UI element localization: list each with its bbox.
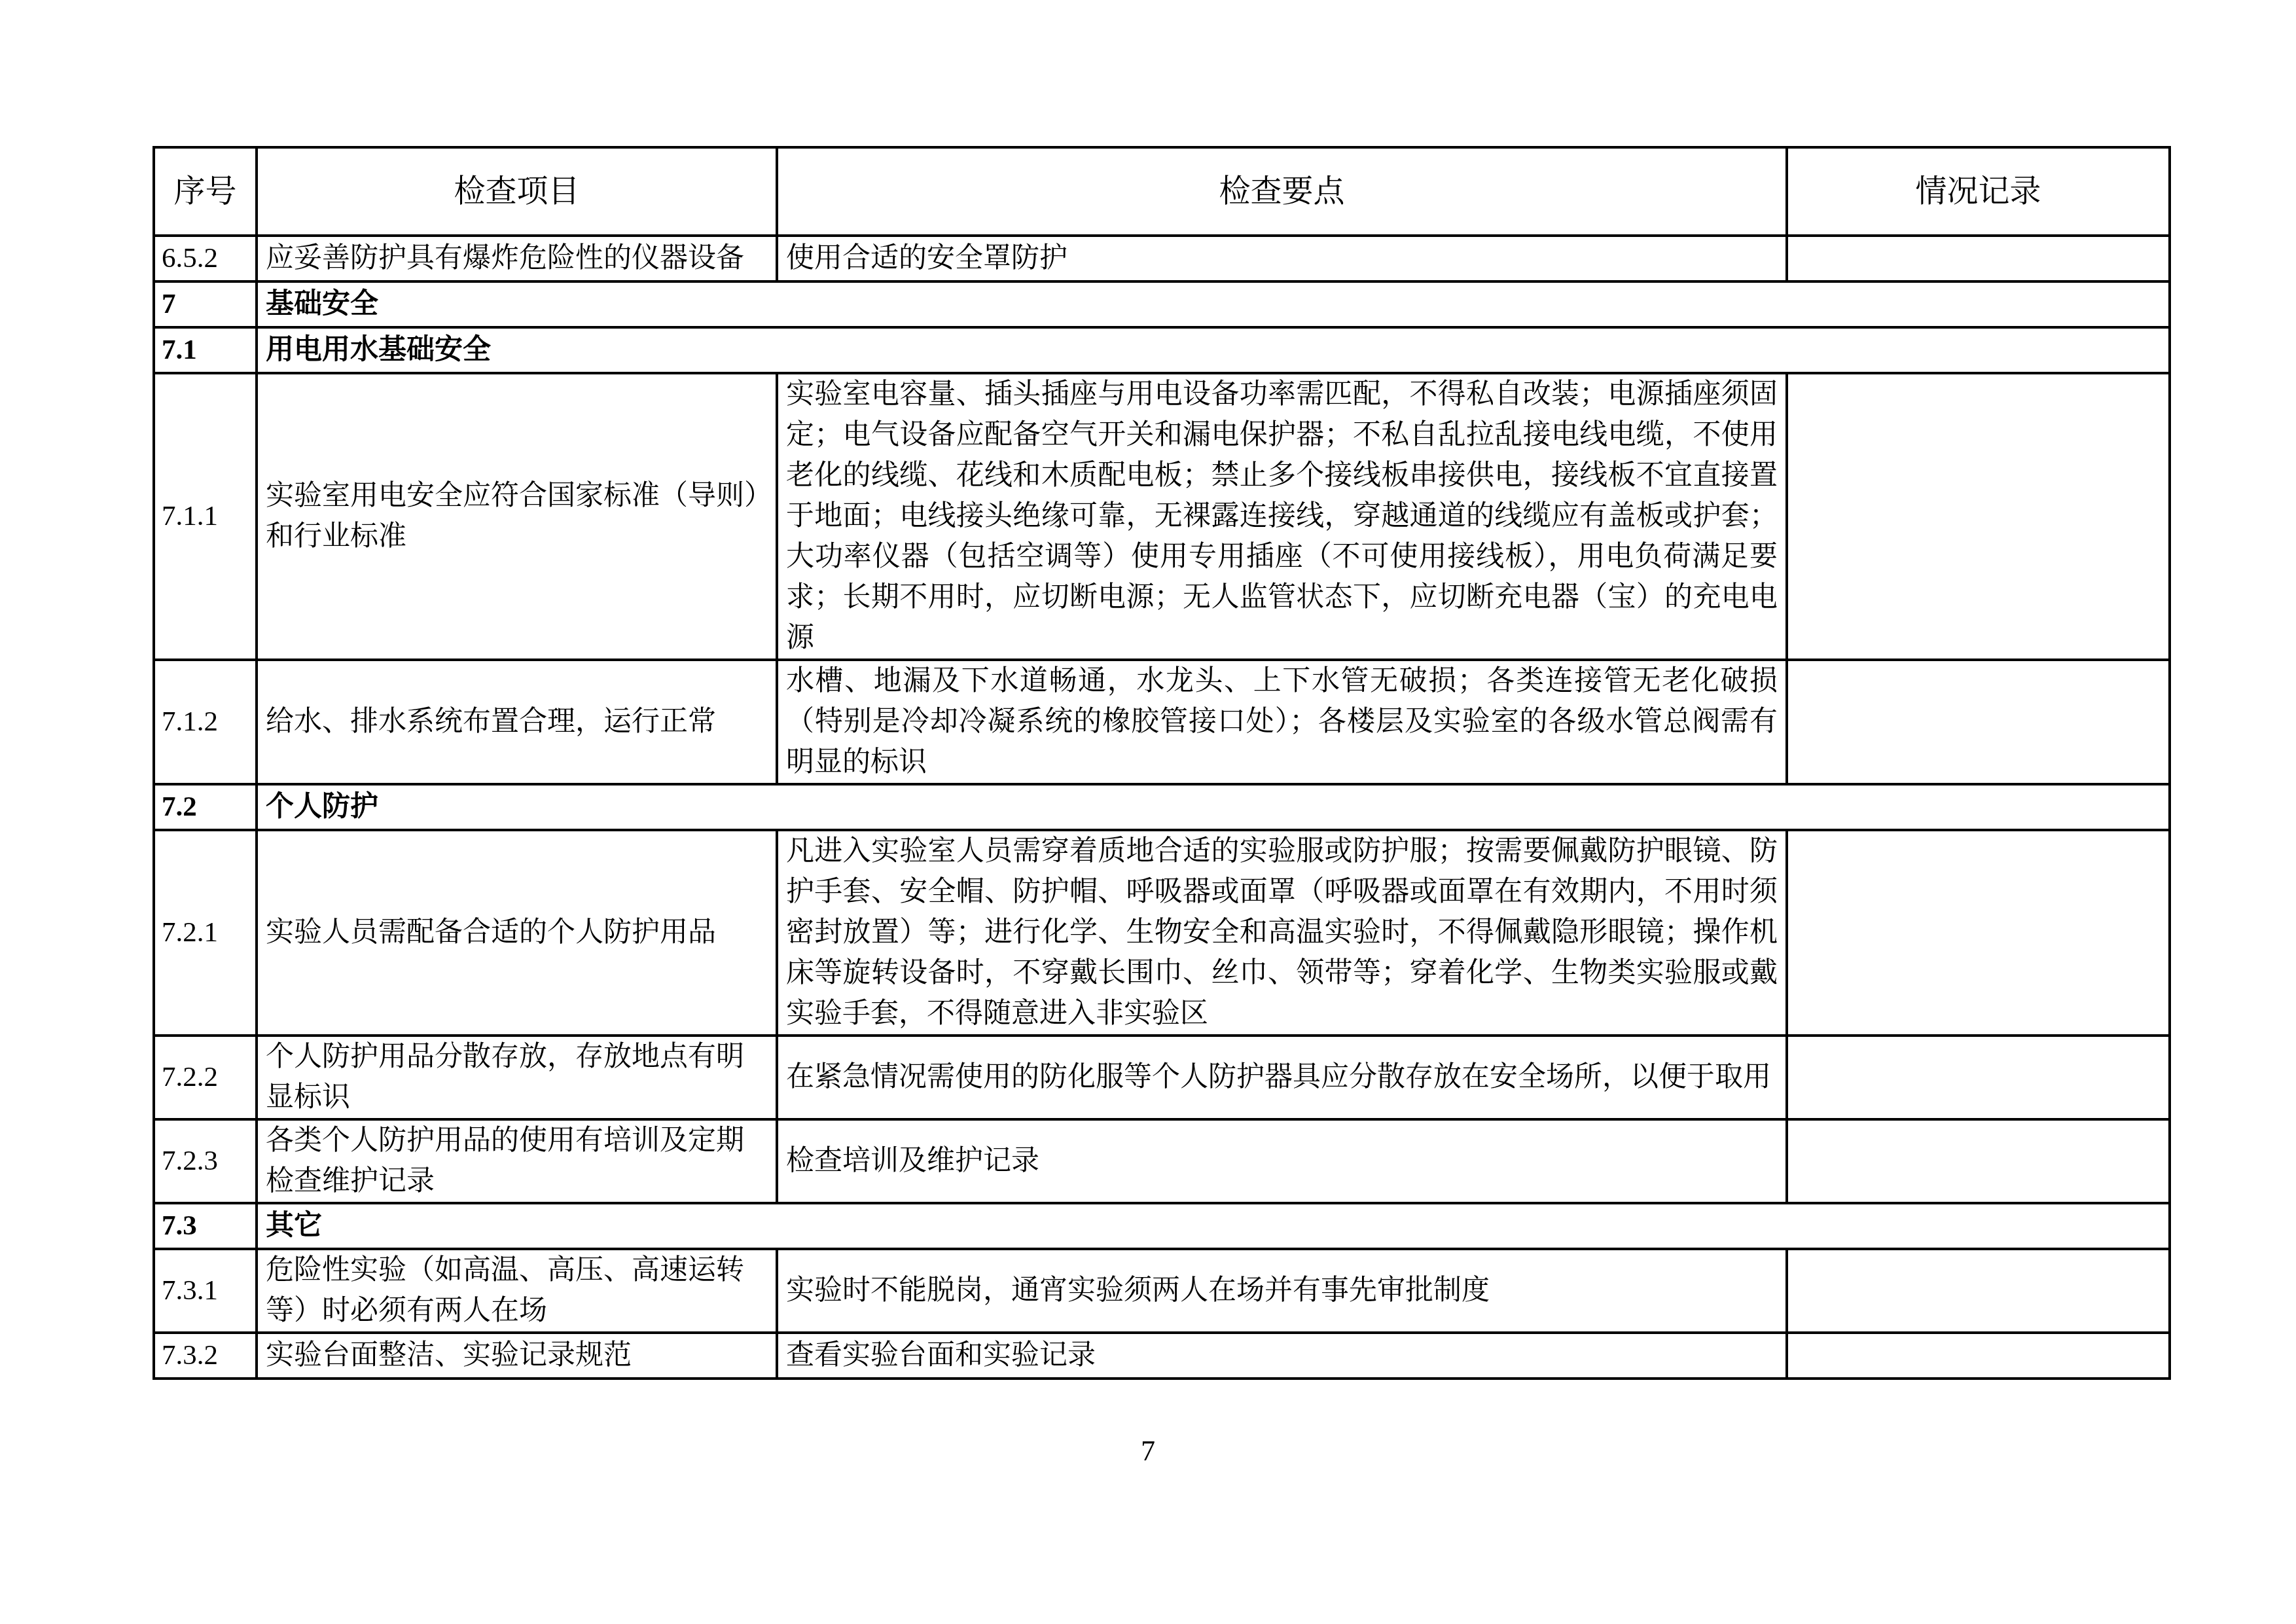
seq-cell: 7: [154, 281, 257, 327]
record-cell: [1787, 660, 2170, 784]
record-cell: [1787, 1333, 2170, 1379]
points-cell: 凡进入实验室人员需穿着质地合适的实验服或防护服；按需要佩戴防护眼镜、防护手套、安…: [777, 830, 1787, 1036]
points-cell: 实验室电容量、插头插座与用电设备功率需匹配，不得私自改装；电源插座须固定；电气设…: [777, 373, 1787, 660]
seq-cell: 7.1.2: [154, 660, 257, 784]
record-cell: [1787, 236, 2170, 281]
table-header-row: 序号 检查项目 检查要点 情况记录: [154, 147, 2170, 236]
points-cell: 在紧急情况需使用的防化服等个人防护器具应分散存放在安全场所，以便于取用: [777, 1036, 1787, 1119]
item-cell: 各类个人防护用品的使用有培训及定期检查维护记录: [257, 1119, 777, 1203]
item-cell: 给水、排水系统布置合理，运行正常: [257, 660, 777, 784]
table-row: 6.5.2 应妥善防护具有爆炸危险性的仪器设备 使用合适的安全罩防护: [154, 236, 2170, 281]
header-item: 检查项目: [257, 147, 777, 236]
section-title-cell: 用电用水基础安全: [257, 327, 2170, 373]
record-cell: [1787, 1119, 2170, 1203]
seq-cell: 7.3: [154, 1203, 257, 1249]
section-row: 7.3 其它: [154, 1203, 2170, 1249]
seq-cell: 7.1.1: [154, 373, 257, 660]
header-record: 情况记录: [1787, 147, 2170, 236]
section-title-cell: 基础安全: [257, 281, 2170, 327]
record-cell: [1787, 373, 2170, 660]
points-cell: 水槽、地漏及下水道畅通，水龙头、上下水管无破损；各类连接管无老化破损（特别是冷却…: [777, 660, 1787, 784]
item-cell: 实验人员需配备合适的个人防护用品: [257, 830, 777, 1036]
table-row: 7.1.1 实验室用电安全应符合国家标准（导则）和行业标准 实验室电容量、插头插…: [154, 373, 2170, 660]
inspection-checklist-table: 序号 检查项目 检查要点 情况记录 6.5.2 应妥善防护具有爆炸危险性的仪器设…: [152, 146, 2171, 1380]
points-cell: 实验时不能脱岗，通宵实验须两人在场并有事先审批制度: [777, 1249, 1787, 1333]
seq-cell: 7.3.1: [154, 1249, 257, 1333]
section-row: 7.1 用电用水基础安全: [154, 327, 2170, 373]
document-page: 序号 检查项目 检查要点 情况记录 6.5.2 应妥善防护具有爆炸危险性的仪器设…: [0, 0, 2296, 1624]
item-cell: 实验室用电安全应符合国家标准（导则）和行业标准: [257, 373, 777, 660]
record-cell: [1787, 1036, 2170, 1119]
record-cell: [1787, 1249, 2170, 1333]
record-cell: [1787, 830, 2170, 1036]
table-row: 7.3.2 实验台面整洁、实验记录规范 查看实验台面和实验记录: [154, 1333, 2170, 1379]
seq-cell: 6.5.2: [154, 236, 257, 281]
table-row: 7.2.3 各类个人防护用品的使用有培训及定期检查维护记录 检查培训及维护记录: [154, 1119, 2170, 1203]
item-cell: 危险性实验（如高温、高压、高速运转等）时必须有两人在场: [257, 1249, 777, 1333]
seq-cell: 7.2.3: [154, 1119, 257, 1203]
table-row: 7.2.1 实验人员需配备合适的个人防护用品 凡进入实验室人员需穿着质地合适的实…: [154, 830, 2170, 1036]
header-seq: 序号: [154, 147, 257, 236]
seq-cell: 7.2.1: [154, 830, 257, 1036]
item-cell: 应妥善防护具有爆炸危险性的仪器设备: [257, 236, 777, 281]
points-cell: 使用合适的安全罩防护: [777, 236, 1787, 281]
item-cell: 个人防护用品分散存放，存放地点有明显标识: [257, 1036, 777, 1119]
seq-cell: 7.1: [154, 327, 257, 373]
header-points: 检查要点: [777, 147, 1787, 236]
table-row: 7.1.2 给水、排水系统布置合理，运行正常 水槽、地漏及下水道畅通，水龙头、上…: [154, 660, 2170, 784]
table-row: 7.2.2 个人防护用品分散存放，存放地点有明显标识 在紧急情况需使用的防化服等…: [154, 1036, 2170, 1119]
section-row: 7 基础安全: [154, 281, 2170, 327]
section-row: 7.2 个人防护: [154, 784, 2170, 830]
seq-cell: 7.3.2: [154, 1333, 257, 1379]
page-number: 7: [0, 1435, 2296, 1468]
section-title-cell: 个人防护: [257, 784, 2170, 830]
seq-cell: 7.2: [154, 784, 257, 830]
item-cell: 实验台面整洁、实验记录规范: [257, 1333, 777, 1379]
points-cell: 检查培训及维护记录: [777, 1119, 1787, 1203]
seq-cell: 7.2.2: [154, 1036, 257, 1119]
table-row: 7.3.1 危险性实验（如高温、高压、高速运转等）时必须有两人在场 实验时不能脱…: [154, 1249, 2170, 1333]
points-cell: 查看实验台面和实验记录: [777, 1333, 1787, 1379]
section-title-cell: 其它: [257, 1203, 2170, 1249]
